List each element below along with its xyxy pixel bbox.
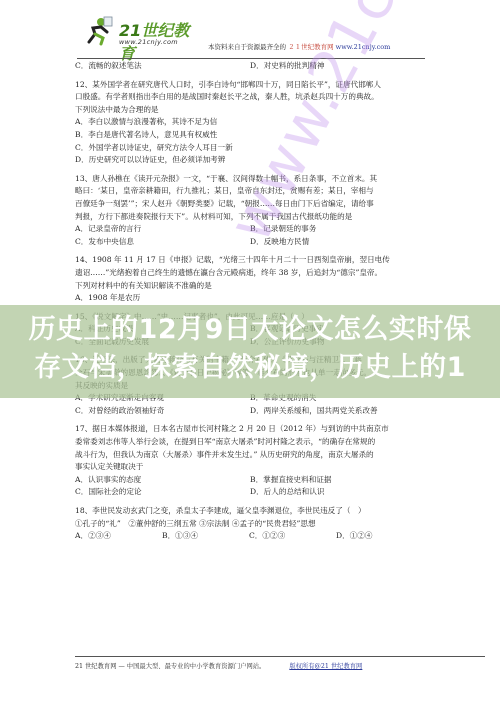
question-14: 14、1908 年 11 月 17 日《申报》记载，“光绪三十四年十月二十一日酉… — [75, 254, 430, 304]
title-line-2: 存文档，探索自然秘境，历史上的1 — [0, 349, 500, 387]
question-text: 13、唐人孙樵在《读开元杂报》一文，“于襄、汉间得数十幅书，系日条事，不立首末。… — [75, 173, 430, 186]
title-overlay-band: 历史上的12月9日大论文怎么实时保 存文档，探索自然秘境，历史上的1 — [0, 305, 500, 398]
copyright-link[interactable]: 版权所有@21 世纪教育网 — [289, 663, 362, 670]
option-a: A．1908 年是农历 — [75, 292, 250, 305]
option-c: C．发布中央信息 — [75, 236, 250, 249]
option-d: D．历史研究可以以诗证史，但必须详加考辨 — [75, 154, 430, 167]
question-text: 17、据日本媒体报道，日本名古屋市长河村隆之 2 月 20 日（2012 年）与… — [75, 423, 430, 436]
question-text: 判报，方行下都进奏院报行天下”。从材料可知，下列不属于我国古代报纸功能的是 — [75, 211, 430, 224]
option-d: D．两岸关系缓和，国共两党关系改善 — [250, 405, 425, 418]
question-text: 下列对材料中的有关知识解读不准确的是 — [75, 280, 430, 293]
option-c: C．对曾经的政治领袖好奇 — [75, 405, 250, 418]
option-b: B．①③④ — [162, 530, 249, 543]
logo-url: www.21cnjy.com — [119, 38, 178, 46]
option-d: D．后人的总结和认识 — [250, 486, 425, 499]
option-a: A．认识事实的态度 — [75, 474, 250, 487]
question-text: 14、1908 年 11 月 17 日《申报》记载，“光绪三十四年十月二十一日酉… — [75, 254, 430, 267]
footer-text: 21 世纪教育网 — 中国最大型、最专业的中小学教育资源门户网站。 版权所有@2… — [75, 661, 485, 670]
question-text: 遗诏……”光绪抱着自己终生的遗憾在瀛台含元殿病逝，终年 38 岁，后追封为“德宗… — [75, 267, 430, 280]
question-text: 口殷盛。有学者则指出李白用的是战国时秦赵长平之战，秦人胜，坑杀赵兵四十万的典故。 — [75, 91, 430, 104]
option-d: D．反映地方民情 — [250, 236, 425, 249]
page-header: 21世纪教育 www.21cnjy.com 本资料来自于资源最齐全的 ２１世纪教… — [75, 10, 425, 54]
runner-logo-icon — [83, 16, 113, 46]
question-text: 战斗行为，但我认为南京（大屠杀）事件并未发生过。” 从历史研究的角度，南京大屠杀… — [75, 449, 430, 462]
question-text: 委常委刘志伟等人举行会谈，在提到日军“南京大屠杀”时河村隆之表示，“的确存在常规… — [75, 436, 430, 449]
article-title[interactable]: 历史上的12月9日大论文怎么实时保 存文档，探索自然秘境，历史上的1 — [0, 311, 500, 387]
option-c: C．①②③ — [249, 530, 336, 543]
page-footer: 21 世纪教育网 — 中国最大型、最专业的中小学教育资源门户网站。 版权所有@2… — [75, 656, 485, 670]
question-11-tail: C．流畅的叙述笔法 D．对史料的批判精神 — [75, 60, 430, 73]
header-divider — [77, 58, 425, 59]
option-d: D．对史料的批判精神 — [250, 60, 425, 73]
question-12: 12、某外国学者在研究唐代人口时，引李白诗句“邯郸四十万，同日陷长平”，证唐代邯… — [75, 79, 430, 167]
option-c: C．国际社会的定论 — [75, 486, 250, 499]
question-text: 略曰：‘某日，皇帝亲耕籍田，行九推礼；某日，皇帝自东封还，赏赐有差；某日，宰相与 — [75, 185, 430, 198]
option-a: A．记录皇帝的言行 — [75, 223, 250, 236]
question-18: 18、李世民发动玄武门之变，杀皇太子李建成，逼父皇李渊退位，李世民违反了（ ） … — [75, 505, 430, 543]
question-text: 百僚廷争一刻罢’”；宋人赵升《朝野类要》记载，“朝报……每日由门下后省编定，请给… — [75, 198, 430, 211]
question-text: 下列说法中最为合理的是 — [75, 104, 430, 117]
site-url[interactable]: www.21cnjy.com — [336, 43, 391, 51]
site-logo[interactable]: 21世纪教育 www.21cnjy.com — [83, 12, 193, 48]
option-b — [250, 292, 425, 305]
title-line-1: 历史上的12月9日大论文怎么实时保 — [0, 311, 500, 349]
option-d: D．①②④ — [336, 530, 423, 543]
option-b: B．李白是唐代著名诗人，意见具有权威性 — [75, 129, 430, 142]
question-17: 17、据日本媒体报道，日本名古屋市长河村隆之 2 月 20 日（2012 年）与… — [75, 423, 430, 499]
document-page: 21世纪教育 www.21cnjy.com 本资料来自于资源最齐全的 ２１世纪教… — [0, 0, 500, 707]
footer-divider — [75, 656, 485, 657]
question-13: 13、唐人孙樵在《读开元杂报》一文，“于襄、汉间得数十幅书，系日条事，不立首末。… — [75, 173, 430, 249]
question-text: ①孔子的“礼” ②董仲舒的三纲五常 ③宗法制 ④孟子的“民贵君轻”思想 — [75, 518, 430, 531]
question-text: 12、某外国学者在研究唐代人口时，引李白诗句“邯郸四十万，同日陷长平”，证唐代邯… — [75, 79, 430, 92]
option-c: C．流畅的叙述笔法 — [75, 60, 250, 73]
option-a: A．②③④ — [75, 530, 162, 543]
option-b: B．掌握直接史料和证据 — [250, 474, 425, 487]
site-name: ２１世纪教育网 — [288, 43, 334, 51]
option-a: A．李白以激情与浪漫著称，其诗不足为信 — [75, 116, 430, 129]
option-b: B．记录朝廷的事务 — [250, 223, 425, 236]
option-c: C．外国学者以诗证史，研究方法令人耳目一新 — [75, 142, 430, 155]
header-note: 本资料来自于资源最齐全的 ２１世纪教育网 www.21cnjy.com — [208, 42, 390, 51]
question-text: 18、李世民发动玄武门之变，杀皇太子李建成，逼父皇李渊退位，李世民违反了（ ） — [75, 505, 430, 518]
question-text: 事实认定关键取决于 — [75, 461, 430, 474]
